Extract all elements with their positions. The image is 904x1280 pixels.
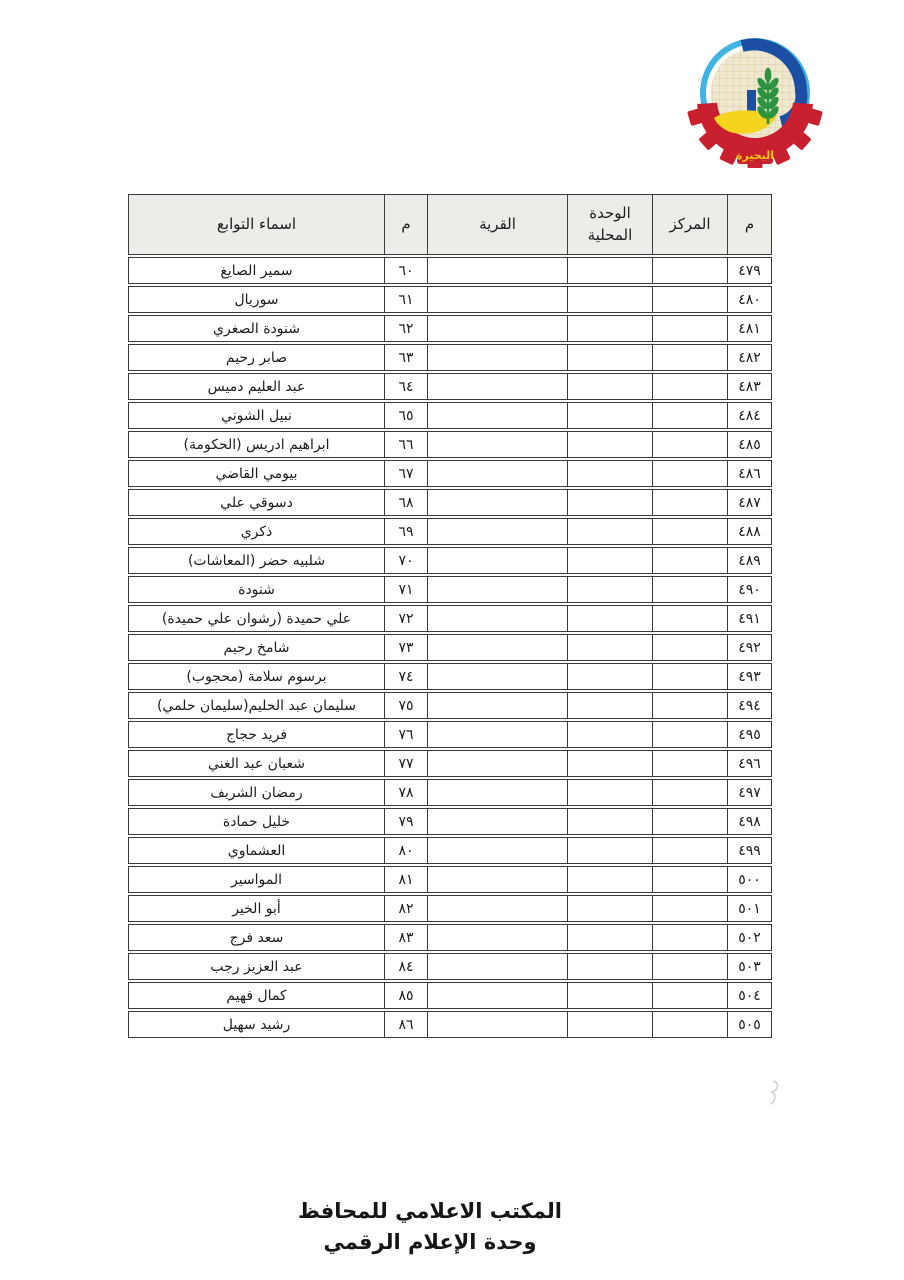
cell-village [427, 779, 567, 806]
cell-serial: ٤٩٦ [727, 750, 772, 777]
cell-number: ٦٠ [384, 257, 427, 284]
cell-number: ٨٤ [384, 953, 427, 980]
cell-serial: ٤٩٢ [727, 634, 772, 661]
cell-village [427, 953, 567, 980]
cell-center [652, 663, 727, 690]
cell-village [427, 750, 567, 777]
cell-number: ٦٧ [384, 460, 427, 487]
cell-center [652, 634, 727, 661]
cell-serial: ٥٠٥ [727, 1011, 772, 1038]
cell-center [652, 866, 727, 893]
cell-local-unit [567, 779, 652, 806]
col-header-follower-names: اسماء التوابع [128, 194, 384, 255]
cell-number: ٧١ [384, 576, 427, 603]
cell-number: ٧٩ [384, 808, 427, 835]
cell-village [427, 808, 567, 835]
cell-serial: ٤٨٨ [727, 518, 772, 545]
cell-center [652, 286, 727, 313]
col-header-local-unit: الوحدة المحلية [567, 194, 652, 255]
cell-follower-name: دسوقي علي [128, 489, 384, 516]
table-row: ٤٨٦ ٦٧ بيومي القاضي [128, 460, 772, 487]
cell-local-unit [567, 460, 652, 487]
footer-line-media-office: المكتب الاعلامي للمحافظ [0, 1196, 860, 1227]
cell-local-unit [567, 576, 652, 603]
cell-number: ٦٩ [384, 518, 427, 545]
cell-follower-name: شنودة الصغري [128, 315, 384, 342]
cell-number: ٧٤ [384, 663, 427, 690]
table-row: ٤٩٨ ٧٩ خليل حمادة [128, 808, 772, 835]
cell-village [427, 489, 567, 516]
cell-center [652, 721, 727, 748]
cell-number: ٦١ [384, 286, 427, 313]
table-row: ٤٩٠ ٧١ شنودة [128, 576, 772, 603]
cell-follower-name: صابر رحيم [128, 344, 384, 371]
cell-local-unit [567, 663, 652, 690]
table-row: ٤٩١ ٧٢ علي حميدة (رشوان علي حميدة) [128, 605, 772, 632]
cell-number: ٨٠ [384, 837, 427, 864]
cell-center [652, 431, 727, 458]
cell-follower-name: علي حميدة (رشوان علي حميدة) [128, 605, 384, 632]
cell-serial: ٤٩٧ [727, 779, 772, 806]
cell-center [652, 547, 727, 574]
cell-follower-name: شامخ رحيم [128, 634, 384, 661]
cell-follower-name: ابراهيم ادريس (الحكومة) [128, 431, 384, 458]
cell-follower-name: عبد العزيز رجب [128, 953, 384, 980]
cell-serial: ٤٩٥ [727, 721, 772, 748]
cell-serial: ٤٩٠ [727, 576, 772, 603]
cell-local-unit [567, 257, 652, 284]
document-page: البحيرة م المركز الوحدة المحلية القرية م… [0, 0, 904, 1280]
cell-follower-name: عبد العليم دميس [128, 373, 384, 400]
logo-label: البحيرة [736, 149, 774, 162]
cell-serial: ٤٩٤ [727, 692, 772, 719]
footer-line-digital-media-unit: وحدة الإعلام الرقمي [0, 1227, 860, 1258]
cell-center [652, 576, 727, 603]
cell-number: ٦٢ [384, 315, 427, 342]
cell-village [427, 460, 567, 487]
cell-number: ٦٥ [384, 402, 427, 429]
cell-center [652, 257, 727, 284]
cell-follower-name: شلبيه حضر (المعاشات) [128, 547, 384, 574]
cell-number: ٧٦ [384, 721, 427, 748]
cell-follower-name: خليل حمادة [128, 808, 384, 835]
cell-serial: ٤٩٩ [727, 837, 772, 864]
cell-follower-name: فريد حجاج [128, 721, 384, 748]
cell-follower-name: العشماوي [128, 837, 384, 864]
cell-number: ٧٣ [384, 634, 427, 661]
cell-number: ٨٦ [384, 1011, 427, 1038]
table-row: ٤٨٣ ٦٤ عبد العليم دميس [128, 373, 772, 400]
cell-village [427, 286, 567, 313]
cell-center [652, 982, 727, 1009]
table-row: ٤٨٠ ٦١ سوريال [128, 286, 772, 313]
table-row: ٤٨٧ ٦٨ دسوقي علي [128, 489, 772, 516]
cell-number: ٦٣ [384, 344, 427, 371]
cell-serial: ٤٨٤ [727, 402, 772, 429]
cell-village [427, 663, 567, 690]
cell-center [652, 1011, 727, 1038]
cell-serial: ٤٨٩ [727, 547, 772, 574]
table-row: ٤٨١ ٦٢ شنودة الصغري [128, 315, 772, 342]
table-row: ٤٩٢ ٧٣ شامخ رحيم [128, 634, 772, 661]
cell-follower-name: سوريال [128, 286, 384, 313]
table-row: ٤٨٢ ٦٣ صابر رحيم [128, 344, 772, 371]
cell-serial: ٤٧٩ [727, 257, 772, 284]
table-row: ٤٨٤ ٦٥ نبيل الشوني [128, 402, 772, 429]
cell-follower-name: كمال فهيم [128, 982, 384, 1009]
cell-follower-name: شعبان عبد الغني [128, 750, 384, 777]
cell-village [427, 837, 567, 864]
cell-number: ٦٦ [384, 431, 427, 458]
table-row: ٤٨٨ ٦٩ ذكري [128, 518, 772, 545]
cell-local-unit [567, 344, 652, 371]
col-header-center: المركز [652, 194, 727, 255]
cell-center [652, 315, 727, 342]
cell-follower-name: بيومي القاضي [128, 460, 384, 487]
cell-number: ٦٨ [384, 489, 427, 516]
faint-pen-mark [762, 1078, 784, 1108]
cell-follower-name: المواسير [128, 866, 384, 893]
cell-village [427, 431, 567, 458]
table-row: ٤٩٩ ٨٠ العشماوي [128, 837, 772, 864]
table-row: ٤٩٦ ٧٧ شعبان عبد الغني [128, 750, 772, 777]
cell-serial: ٤٨٠ [727, 286, 772, 313]
cell-follower-name: رشيد سهيل [128, 1011, 384, 1038]
table-row: ٤٩٤ ٧٥ سليمان عبد الحليم(سليمان حلمي) [128, 692, 772, 719]
table-row: ٤٩٧ ٧٨ رمضان الشريف [128, 779, 772, 806]
cell-center [652, 692, 727, 719]
cell-serial: ٤٨٦ [727, 460, 772, 487]
cell-serial: ٤٨١ [727, 315, 772, 342]
footer: المكتب الاعلامي للمحافظ وحدة الإعلام الر… [0, 1196, 860, 1258]
cell-center [652, 953, 727, 980]
cell-center [652, 895, 727, 922]
cell-local-unit [567, 837, 652, 864]
cell-local-unit [567, 402, 652, 429]
cell-local-unit [567, 953, 652, 980]
cell-village [427, 547, 567, 574]
cell-serial: ٤٨٢ [727, 344, 772, 371]
cell-center [652, 924, 727, 951]
cell-center [652, 518, 727, 545]
cell-number: ٨٥ [384, 982, 427, 1009]
cell-follower-name: شنودة [128, 576, 384, 603]
cell-village [427, 721, 567, 748]
cell-center [652, 837, 727, 864]
cell-center [652, 489, 727, 516]
cell-follower-name: سليمان عبد الحليم(سليمان حلمي) [128, 692, 384, 719]
cell-village [427, 315, 567, 342]
cell-number: ٦٤ [384, 373, 427, 400]
cell-village [427, 692, 567, 719]
cell-local-unit [567, 692, 652, 719]
cell-number: ٧٧ [384, 750, 427, 777]
cell-local-unit [567, 982, 652, 1009]
cell-village [427, 518, 567, 545]
cell-local-unit [567, 1011, 652, 1038]
cell-village [427, 924, 567, 951]
cell-center [652, 808, 727, 835]
table-row: ٤٩٣ ٧٤ برسوم سلامة (محجوب) [128, 663, 772, 690]
table-row: ٤٨٥ ٦٦ ابراهيم ادريس (الحكومة) [128, 431, 772, 458]
cell-serial: ٤٩٨ [727, 808, 772, 835]
cell-follower-name: سعد فرج [128, 924, 384, 951]
table-row: ٤٧٩ ٦٠ سمير الصايغ [128, 257, 772, 284]
cell-local-unit [567, 431, 652, 458]
cell-number: ٨٣ [384, 924, 427, 951]
cell-local-unit [567, 634, 652, 661]
cell-village [427, 605, 567, 632]
cell-village [427, 982, 567, 1009]
cell-serial: ٥٠٣ [727, 953, 772, 980]
cell-number: ٧٨ [384, 779, 427, 806]
table-row: ٥٠٤ ٨٥ كمال فهيم [128, 982, 772, 1009]
cell-center [652, 402, 727, 429]
cell-local-unit [567, 518, 652, 545]
cell-center [652, 344, 727, 371]
cell-village [427, 344, 567, 371]
cell-serial: ٤٨٧ [727, 489, 772, 516]
beheira-governorate-logo-icon: البحيرة [684, 36, 824, 168]
cell-local-unit [567, 489, 652, 516]
cell-village [427, 1011, 567, 1038]
cell-follower-name: رمضان الشريف [128, 779, 384, 806]
cell-serial: ٥٠٤ [727, 982, 772, 1009]
col-header-village: القرية [427, 194, 567, 255]
cell-local-unit [567, 373, 652, 400]
cell-village [427, 895, 567, 922]
table-row: ٥٠٥ ٨٦ رشيد سهيل [128, 1011, 772, 1038]
cell-center [652, 373, 727, 400]
cell-village [427, 866, 567, 893]
table-body: ٤٧٩ ٦٠ سمير الصايغ ٤٨٠ ٦١ سوريال [128, 257, 772, 1038]
cell-village [427, 257, 567, 284]
cell-serial: ٤٨٥ [727, 431, 772, 458]
cell-serial: ٤٩٣ [727, 663, 772, 690]
cell-follower-name: برسوم سلامة (محجوب) [128, 663, 384, 690]
cell-center [652, 605, 727, 632]
cell-village [427, 402, 567, 429]
table-row: ٥٠٢ ٨٣ سعد فرج [128, 924, 772, 951]
cell-follower-name: ذكري [128, 518, 384, 545]
cell-local-unit [567, 721, 652, 748]
cell-follower-name: سمير الصايغ [128, 257, 384, 284]
cell-number: ٨٢ [384, 895, 427, 922]
cell-local-unit [567, 895, 652, 922]
cell-village [427, 373, 567, 400]
cell-serial: ٥٠٢ [727, 924, 772, 951]
cell-number: ٨١ [384, 866, 427, 893]
table-row: ٥٠١ ٨٢ أبو الخير [128, 895, 772, 922]
cell-local-unit [567, 547, 652, 574]
table-row: ٤٩٥ ٧٦ فريد حجاج [128, 721, 772, 748]
cell-serial: ٤٨٣ [727, 373, 772, 400]
cell-local-unit [567, 808, 652, 835]
cell-center [652, 779, 727, 806]
cell-local-unit [567, 750, 652, 777]
col-header-serial: م [727, 194, 772, 255]
cell-center [652, 750, 727, 777]
header-row: م المركز الوحدة المحلية القرية م اسماء ا… [128, 194, 772, 255]
cell-local-unit [567, 315, 652, 342]
cell-number: ٧٢ [384, 605, 427, 632]
cell-serial: ٥٠١ [727, 895, 772, 922]
table-row: ٤٨٩ ٧٠ شلبيه حضر (المعاشات) [128, 547, 772, 574]
cell-village [427, 634, 567, 661]
cell-village [427, 576, 567, 603]
cell-number: ٧٥ [384, 692, 427, 719]
cell-local-unit [567, 605, 652, 632]
table-row: ٥٠٠ ٨١ المواسير [128, 866, 772, 893]
cell-local-unit [567, 924, 652, 951]
cell-local-unit [567, 866, 652, 893]
followers-roster-table: م المركز الوحدة المحلية القرية م اسماء ا… [128, 192, 772, 1040]
cell-serial: ٤٩١ [727, 605, 772, 632]
cell-center [652, 460, 727, 487]
col-header-number: م [384, 194, 427, 255]
cell-local-unit [567, 286, 652, 313]
cell-follower-name: أبو الخير [128, 895, 384, 922]
cell-number: ٧٠ [384, 547, 427, 574]
cell-follower-name: نبيل الشوني [128, 402, 384, 429]
table-row: ٥٠٣ ٨٤ عبد العزيز رجب [128, 953, 772, 980]
table-header: م المركز الوحدة المحلية القرية م اسماء ا… [128, 194, 772, 255]
cell-serial: ٥٠٠ [727, 866, 772, 893]
